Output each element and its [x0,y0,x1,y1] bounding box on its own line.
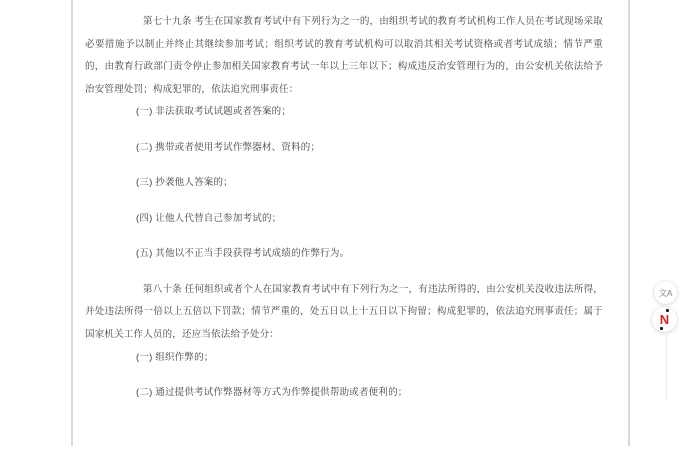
n-logo-dot-top [666,309,669,312]
n-logo-icon: N [660,313,669,326]
law-list-item: (五) 其他以不正当手段获得考试成绩的作弊行为。 [85,243,603,266]
law-list-item: (二) 通过提供考试作弊器材等方式为作弊提供帮助或者便利的； [85,382,603,405]
translate-button[interactable]: 文A [654,281,677,304]
page-viewport: 第七十九条 考生在国家教育考试中有下列行为之一的，由组织考试的教育考试机构工作人… [0,0,700,449]
n-logo-dot-bottom [660,327,663,330]
law-list-item: (三) 抄袭他人答案的； [85,172,603,195]
law-article: 第七十九条 考生在国家教育考试中有下列行为之一的，由组织考试的教育考试机构工作人… [73,0,628,405]
law-list-item: (一) 组织作弊的； [85,347,603,370]
translate-icon: 文A [659,287,673,299]
law-paragraph: 第七十九条 考生在国家教育考试中有下列行为之一的，由组织考试的教育考试机构工作人… [85,11,603,101]
law-list-item: (一) 非法获取考试试题或者答案的； [85,101,603,124]
floating-panel-line [666,334,667,400]
law-paragraph: 第八十条 任何组织或者个人在国家教育考试中有下列行为之一，有违法所得的，由公安机… [85,279,603,347]
article-column: 第七十九条 考生在国家教育考试中有下列行为之一的，由组织考试的教育考试机构工作人… [71,0,630,446]
extension-button[interactable]: N [652,307,677,332]
law-list-item: (二) 携带或者使用考试作弊器材、资料的； [85,137,603,160]
law-list-item: (四) 让他人代替自己参加考试的； [85,208,603,231]
